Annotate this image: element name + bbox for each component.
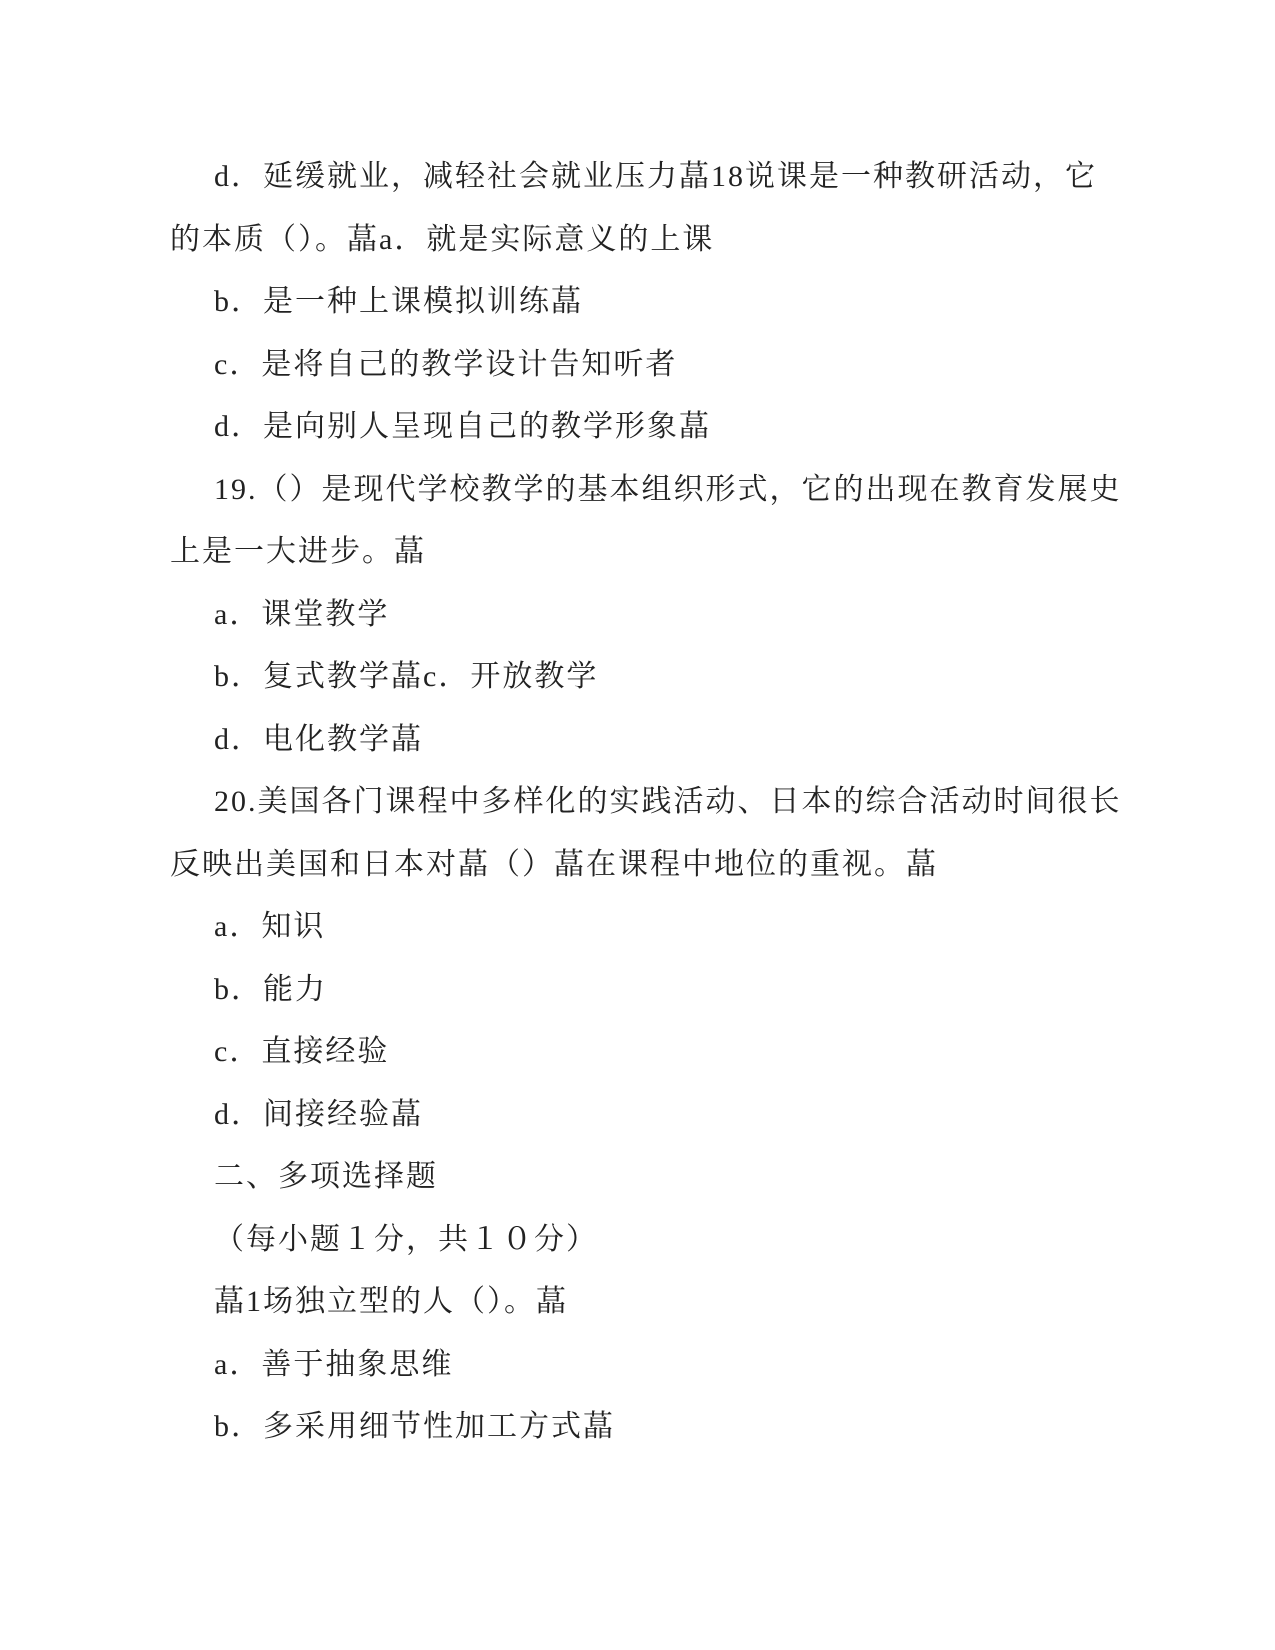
text-line: d．是向别人呈现自己的教学形象蕌 <box>170 396 1115 459</box>
text-line: a．知识 <box>170 896 1115 959</box>
document-body: d．延缓就业，减轻社会就业压力蕌18说课是一种教研活动，它的本质（）。蕌a．就是… <box>170 146 1115 1459</box>
text-line: a．课堂教学 <box>170 584 1115 647</box>
text-line: a．善于抽象思维 <box>170 1334 1115 1397</box>
text-line: b．复式教学蕌c．开放教学 <box>170 646 1115 709</box>
text-line: d．间接经验蕌 <box>170 1084 1115 1147</box>
text-line: （每小题１分，共１０分） <box>170 1209 1115 1272</box>
text-line: b．能力 <box>170 959 1115 1022</box>
text-line: 的本质（）。蕌a．就是实际意义的上课 <box>170 209 1115 272</box>
text-line: 19.（）是现代学校教学的基本组织形式，它的出现在教育发展史 <box>170 459 1115 522</box>
text-line: b．多采用细节性加工方式蕌 <box>170 1396 1115 1459</box>
text-line: d．电化教学蕌 <box>170 709 1115 772</box>
text-line: d．延缓就业，减轻社会就业压力蕌18说课是一种教研活动，它 <box>170 146 1115 209</box>
text-line: 反映出美国和日本对蕌（）蕌在课程中地位的重视。蕌 <box>170 834 1115 897</box>
text-line: 二、多项选择题 <box>170 1146 1115 1209</box>
document-page: d．延缓就业，减轻社会就业压力蕌18说课是一种教研活动，它的本质（）。蕌a．就是… <box>0 0 1275 1650</box>
text-line: 20.美国各门课程中多样化的实践活动、日本的综合活动时间很长 <box>170 771 1115 834</box>
text-line: b．是一种上课模拟训练蕌 <box>170 271 1115 334</box>
text-line: c．直接经验 <box>170 1021 1115 1084</box>
text-line: c．是将自己的教学设计告知听者 <box>170 334 1115 397</box>
text-line: 上是一大进步。蕌 <box>170 521 1115 584</box>
text-line: 蕌1场独立型的人（）。蕌 <box>170 1271 1115 1334</box>
